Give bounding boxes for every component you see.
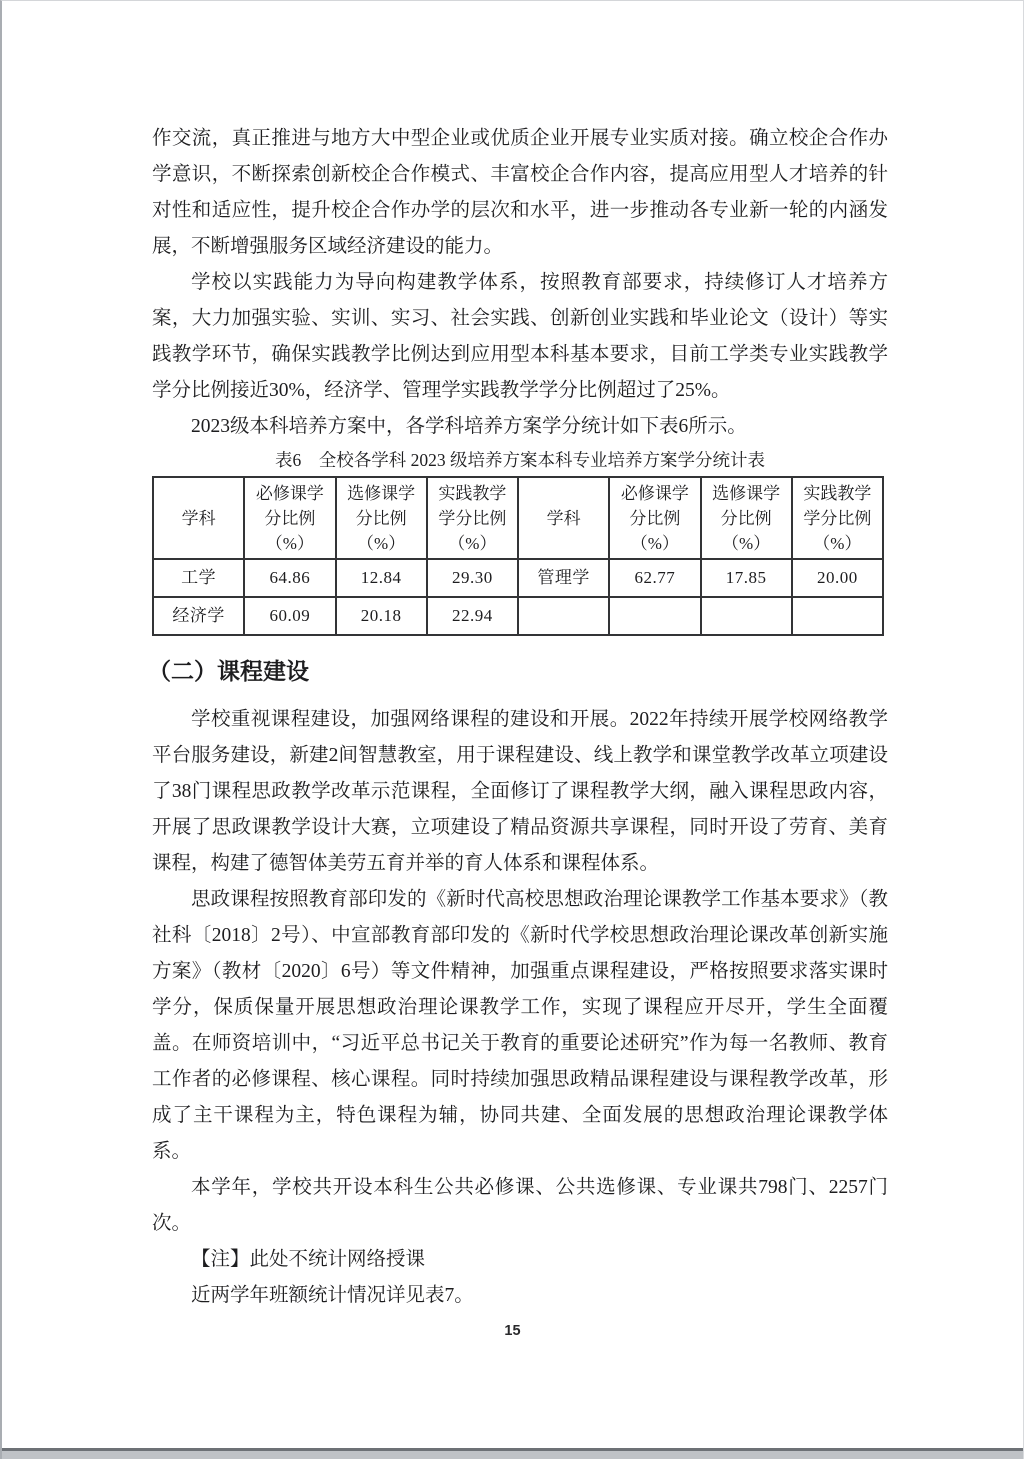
header-practice-left: 实践教学 学分比例 （%） <box>427 477 518 559</box>
header-required-left: 必修课学 分比例 （%） <box>244 477 335 559</box>
cell-value: 62.77 <box>609 559 700 597</box>
cell-discipline: 管理学 <box>518 559 609 597</box>
cell-value: 12.84 <box>336 559 427 597</box>
header-discipline-right: 学科 <box>518 477 609 559</box>
scan-edge-bottom <box>2 1448 1023 1459</box>
paragraph-ideological-courses: 思政课程按照教育部印发的《新时代高校思想政治理论课教学工作基本要求》（教社科〔2… <box>152 882 888 1170</box>
header-elective-right: 选修课学 分比例 （%） <box>701 477 792 559</box>
page-content: 作交流，真正推进与地方大中型企业或优质企业开展专业实质对接。确立校企合作办学意识… <box>152 121 888 1314</box>
table-row: 经济学 60.09 20.18 22.94 <box>153 597 883 635</box>
header-required-right: 必修课学 分比例 （%） <box>609 477 700 559</box>
cell-value <box>792 597 883 635</box>
paragraph-school-enterprise: 作交流，真正推进与地方大中型企业或优质企业开展专业实质对接。确立校企合作办学意识… <box>152 121 888 265</box>
paragraph-practice-teaching: 学校以实践能力为导向构建教学体系，按照教育部要求，持续修订人才培养方案，大力加强… <box>152 265 888 409</box>
header-practice-right: 实践教学 学分比例 （%） <box>792 477 883 559</box>
header-discipline-left: 学科 <box>153 477 244 559</box>
cell-value: 29.30 <box>427 559 518 597</box>
cell-value: 20.18 <box>336 597 427 635</box>
note-line: 【注】此处不统计网络授课 <box>152 1242 888 1278</box>
table6-caption: 表6 全校各学科 2023 级培养方案本科专业培养方案学分统计表 <box>152 447 888 473</box>
scanned-document-page: 作交流，真正推进与地方大中型企业或优质企业开展专业实质对接。确立校企合作办学意识… <box>0 0 1024 1459</box>
cell-value: 20.00 <box>792 559 883 597</box>
cell-discipline: 经济学 <box>153 597 244 635</box>
cell-value: 60.09 <box>244 597 335 635</box>
section-heading-course-construction: （二）课程建设 <box>148 656 888 686</box>
cell-discipline: 工学 <box>153 559 244 597</box>
cell-value: 22.94 <box>427 597 518 635</box>
table6-intro-line: 2023级本科培养方案中，各学科培养方案学分统计如下表6所示。 <box>152 409 888 445</box>
page-number: 15 <box>2 1323 1023 1339</box>
cell-discipline <box>518 597 609 635</box>
paragraph-course-counts: 本学年，学校共开设本科生公共必修课、公共选修课、专业课共798门、2257门次。 <box>152 1170 888 1242</box>
header-elective-left: 选修课学 分比例 （%） <box>336 477 427 559</box>
table7-reference-line: 近两学年班额统计情况详见表7。 <box>152 1278 888 1314</box>
paragraph-course-construction: 学校重视课程建设，加强网络课程的建设和开展。2022年持续开展学校网络教学平台服… <box>152 702 888 882</box>
cell-value <box>701 597 792 635</box>
cell-value <box>609 597 700 635</box>
cell-value: 17.85 <box>701 559 792 597</box>
table-header-row: 学科 必修课学 分比例 （%） 选修课学 分比例 （%） 实践教学 学分比例 （… <box>153 477 883 559</box>
table-row: 工学 64.86 12.84 29.30 管理学 62.77 17.85 20.… <box>153 559 883 597</box>
credit-statistics-table: 学科 必修课学 分比例 （%） 选修课学 分比例 （%） 实践教学 学分比例 （… <box>152 476 884 636</box>
cell-value: 64.86 <box>244 559 335 597</box>
